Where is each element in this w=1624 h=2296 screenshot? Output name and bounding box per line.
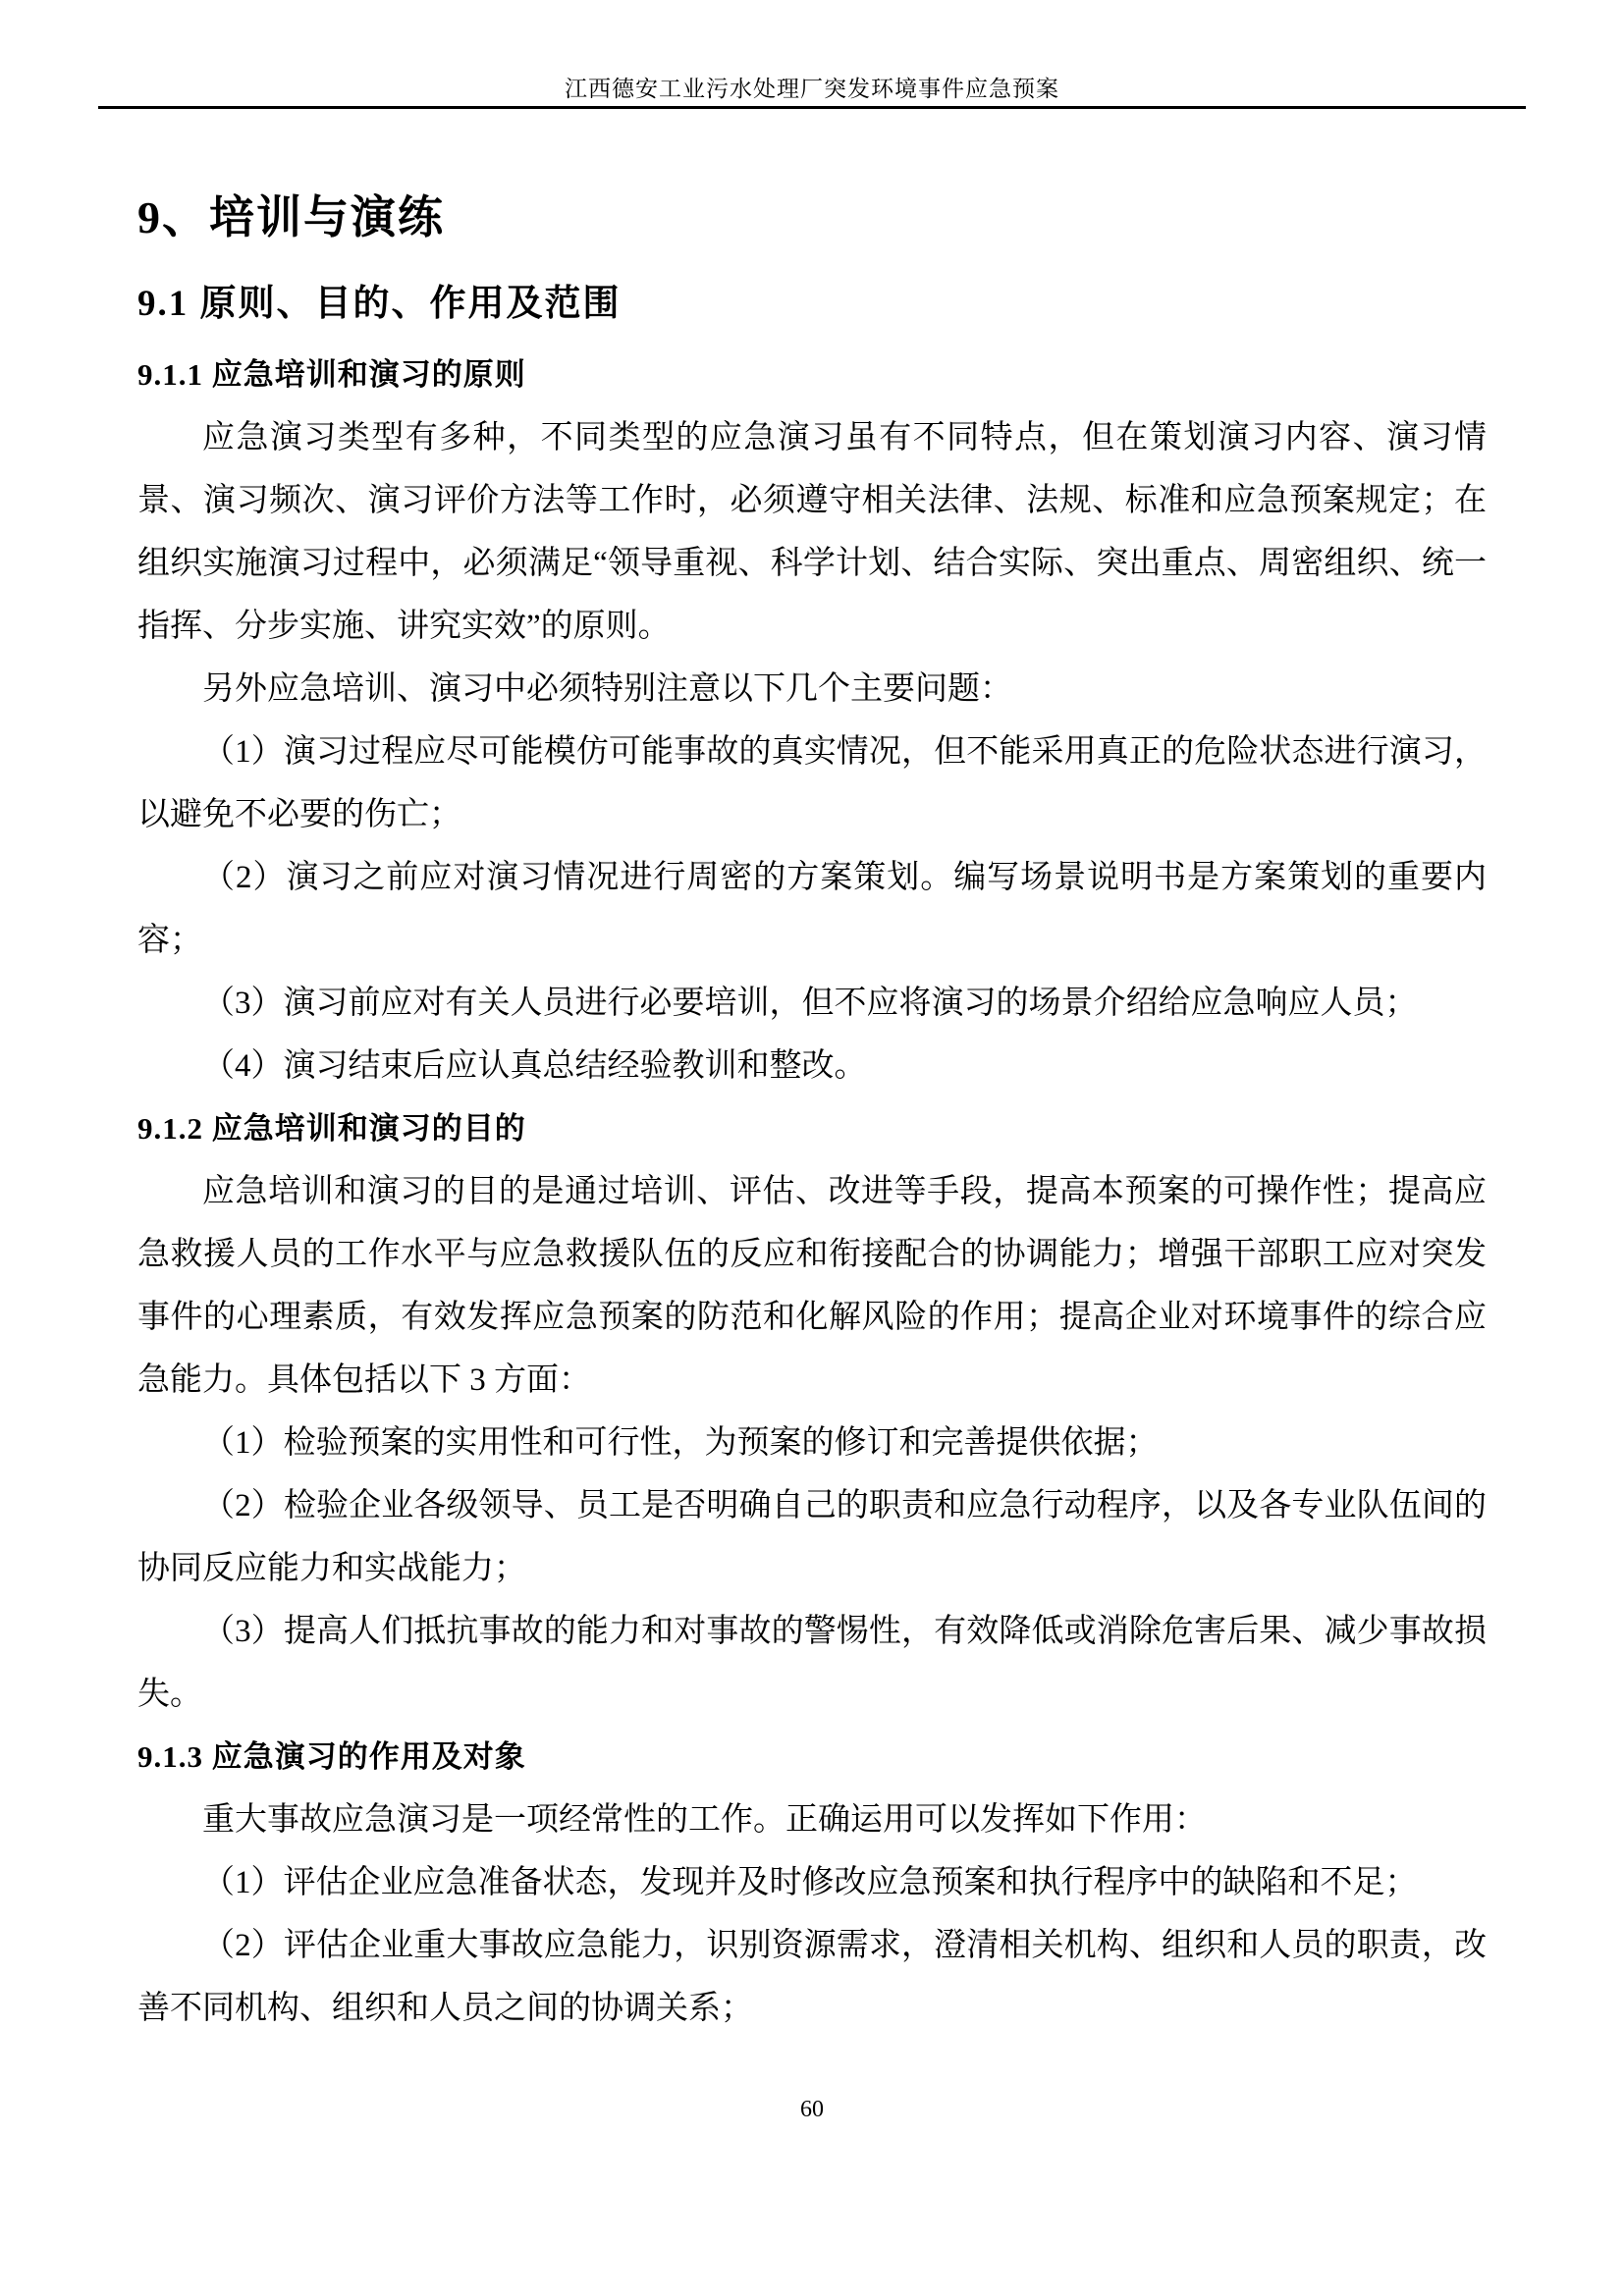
subsection-heading-913: 9.1.3 应急演习的作用及对象 [137,1726,1487,1789]
page-number: 60 [800,2097,824,2122]
subsection-heading-911: 9.1.1 应急培训和演习的原则 [137,344,1487,406]
paragraph: 另外应急培训、演习中必须特别注意以下几个主要问题： [137,658,1487,721]
paragraph: （1）演习过程应尽可能模仿可能事故的真实情况，但不能采用真正的危险状态进行演习，… [137,721,1487,846]
section-heading: 9.1 原则、目的、作用及范围 [137,273,1487,336]
page-footer: 60 [0,2097,1624,2123]
paragraph: （2）检验企业各级领导、员工是否明确自己的职责和应急行动程序，以及各专业队伍间的… [137,1474,1487,1600]
paragraph: 应急演习类型有多种，不同类型的应急演习虽有不同特点，但在策划演习内容、演习情景、… [137,406,1487,658]
paragraph: 重大事故应急演习是一项经常性的工作。正确运用可以发挥如下作用： [137,1789,1487,1851]
paragraph: （4）演习结束后应认真总结经验教训和整改。 [137,1035,1487,1097]
document-content: 9、培训与演练 9.1 原则、目的、作用及范围 9.1.1 应急培训和演习的原则… [137,0,1487,2040]
paragraph: （1）评估企业应急准备状态，发现并及时修改应急预案和执行程序中的缺陷和不足； [137,1851,1487,1914]
subsection-heading-912: 9.1.2 应急培训和演习的目的 [137,1097,1487,1160]
paragraph: （2）演习之前应对演习情况进行周密的方案策划。编写场景说明书是方案策划的重要内容… [137,846,1487,972]
paragraph: （1）检验预案的实用性和可行性，为预案的修订和完善提供依据； [137,1412,1487,1474]
chapter-heading: 9、培训与演练 [137,187,1487,249]
paragraph: （3）演习前应对有关人员进行必要培训，但不应将演习的场景介绍给应急响应人员； [137,972,1487,1035]
paragraph: （3）提高人们抵抗事故的能力和对事故的警惕性，有效降低或消除危害后果、减少事故损… [137,1600,1487,1726]
paragraph: 应急培训和演习的目的是通过培训、评估、改进等手段，提高本预案的可操作性；提高应急… [137,1160,1487,1412]
paragraph: （2）评估企业重大事故应急能力，识别资源需求，澄清相关机构、组织和人员的职责，改… [137,1914,1487,2040]
document-page: 江西德安工业污水处理厂突发环境事件应急预案 9、培训与演练 9.1 原则、目的、… [0,0,1624,2296]
